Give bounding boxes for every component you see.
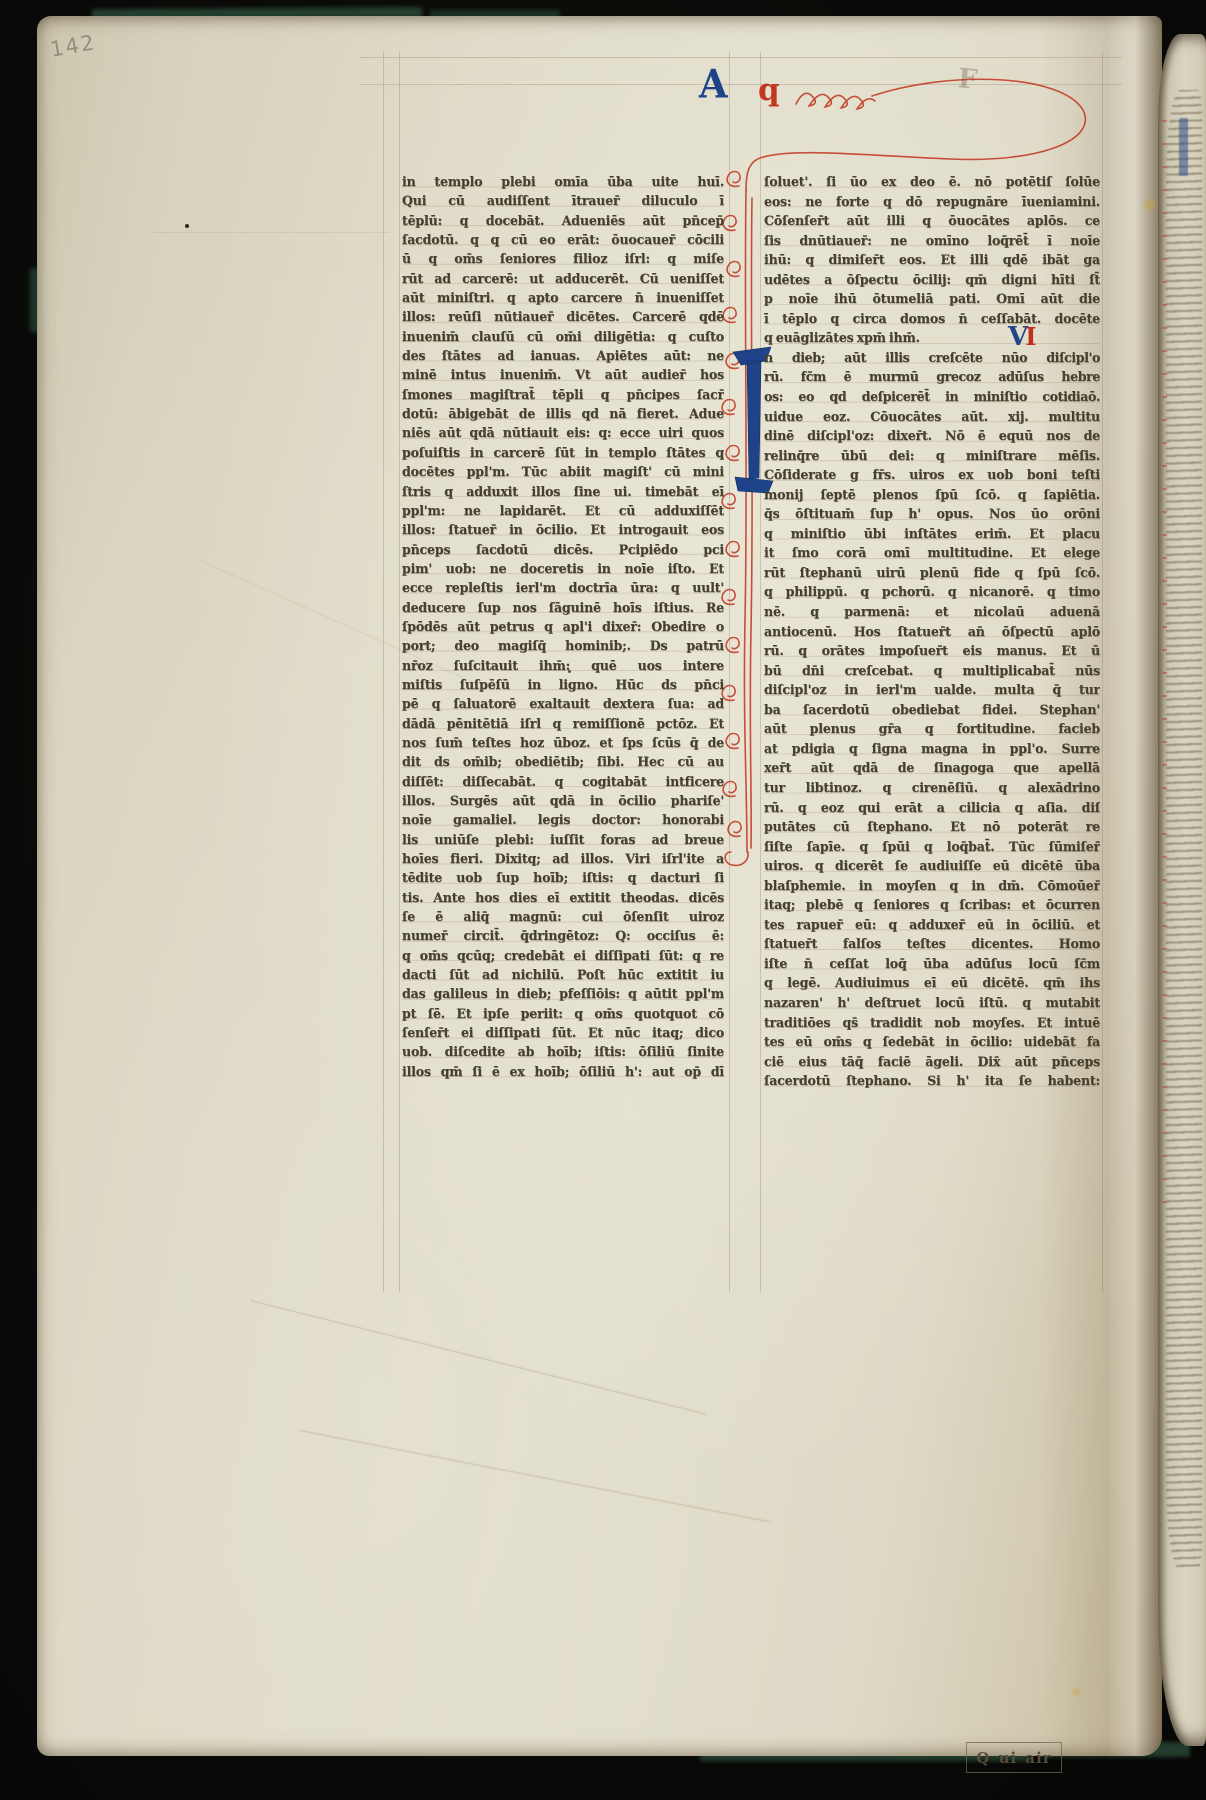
text-line: tēplū: q docebāt. Adueniēs aūt pn̄cep̄: [402, 211, 724, 230]
text-line: niēs aūt qdā nūtiauit eis: q: ecce uiri …: [402, 423, 724, 442]
text-line: rūt ſtephanū uirū plenū fide q ſpū ſcō.: [764, 563, 1100, 583]
text-line: antiocenū. Hos ſtatuer̄t an̄ ōſpectū apl…: [764, 622, 1100, 642]
chapter-number: VI: [1008, 322, 1033, 352]
text-line: bū dn̄i creſcebat. q multiplicabat̄ nūs: [764, 661, 1100, 681]
text-line: q euāglizātes xpm̄ ihm̄.: [764, 328, 1100, 348]
text-line: ſis dnūtiauer̄: ne omīno loq̄rēt̄ ī noīe: [764, 231, 1100, 251]
ink-offset-mark: F: [957, 63, 979, 96]
text-line: hoīes fieri. Dixitq; ad illos. Viri iſrl…: [402, 849, 724, 868]
text-line: rū. fc̄m ē murmū grecoz adūſus hebre: [764, 367, 1100, 387]
text-line: monij ſeptē plenos ſpū ſcō. q ſapiētia.: [764, 485, 1100, 505]
text-line: udētes a ōſpectu ōcilij: qm̄ digni hīti …: [764, 270, 1100, 290]
text-line: illos qm̄ ſi ē ex hoīb; ōſiliū h': aut o…: [402, 1062, 724, 1081]
text-line: ſe ē aliq̄ magnū: cui ōſenſit uiroz: [402, 907, 724, 926]
stain: [1072, 1688, 1081, 1696]
text-line: traditiōes qs̄ tradidit nob moyſes. Et i…: [764, 1013, 1100, 1033]
text-line: diſcipl'oz in ierl'm ualde. multa q̄ tur: [764, 680, 1100, 700]
text-line: uiros. q dicerēt ſe audiuiſſe eū dicētē …: [764, 856, 1100, 876]
text-line: dit ds om̄ib; obediētib; ſibi. Hec cū au: [402, 752, 724, 771]
text-line: pn̄ceps ſacdotū dicēs. Pcipiēdo pci: [402, 540, 724, 559]
text-line: dādā pēnitētiā iſrl q remiſſionē pctōz. …: [402, 714, 724, 733]
text-line: dinē diſcipl'oz: dixer̄t. Nō ē equū nos …: [764, 426, 1100, 446]
text-column-left: in templo plebi omīa ūba uite huī.Qui cū…: [402, 172, 724, 1081]
text-line: ſpōdēs aūt petrus q apl'i dixer̄: Obedir…: [402, 617, 724, 636]
text-line: nē. q parmenā: et nicolaū aduenā: [764, 602, 1100, 622]
text-column-right: ſoluet'. ſi ūo ex deo ē. nō potētiſ ſolū…: [764, 172, 1100, 1091]
text-line: Cōſenſer̄t aūt illi q ōuocātes aplōs. ce: [764, 211, 1100, 231]
ruling-vertical: [729, 52, 730, 1292]
text-line: lis uniūſe plebi: iuſſit foras ad breue: [402, 830, 724, 849]
text-line: tis. Ante hos dies eī extitit theodas. d…: [402, 888, 724, 907]
text-line: pē q ſaluatorē exaltauit dextera ſua: ad: [402, 694, 724, 713]
chapter-number-I: I: [1025, 322, 1033, 351]
text-line: os: eo qd deſpicerēt̄ in miniſtio cotidi…: [764, 387, 1100, 407]
text-line: xer̄t aūt qdā de ſinagoga que apellā: [764, 758, 1100, 778]
text-line: q legē. Audiuimus eī eū dicētē. qm̄ ihs: [764, 973, 1100, 993]
text-line: p noīe ihū ōtumeliā pati. Omī aūt die: [764, 289, 1100, 309]
text-line: ſtatuer̄t falſos teſtes dicentes. Homo: [764, 934, 1100, 954]
text-line: q philippū. q pchorū. q nicanorē. q timo: [764, 582, 1100, 602]
text-line: rū. q orātes impoſuer̄t eis manus. Et ū: [764, 641, 1100, 661]
running-header-letter-red: q: [758, 72, 780, 108]
text-line: port; deo magiſq̄ hominib;. Ds patrū: [402, 636, 724, 655]
text-line: inuenim̄ clauſū cū om̄i diligētia: q cuſ…: [402, 327, 724, 346]
text-line: at pdigia q ſigna magna in ppl'o. Surre: [764, 739, 1100, 759]
text-line: ſiſte ſapīe. q ſpūi q loq̄bat̄. Tūc ſūmi…: [764, 837, 1100, 857]
text-line: q om̄s qcūq; credebāt ei diſſipati ſūt: …: [402, 946, 724, 965]
text-line: ū q om̄s ſeniores filioz iſrl: q miſe: [402, 249, 724, 268]
running-header-letter-blue: A: [699, 61, 728, 107]
text-line: miſtis ſuſpēſū in ligno. Hūc ds pn̄ci: [402, 675, 724, 694]
text-line: ſmones magiſtrat̄ tēpli q pn̄cipes ſacr̄: [402, 385, 724, 404]
text-line: nos ſum̄ teſtes hoz ūboz. et ſps ſcūs q̄…: [402, 733, 724, 752]
ink-speck: [568, 670, 571, 673]
text-line: docētes ppl'm. Tūc abiit magiſt' cū mini: [402, 462, 724, 481]
next-folio-blue-initial: [1179, 118, 1188, 176]
text-line: dacti ſūt ad nichilū. Poſt hūc extitit i…: [402, 965, 724, 984]
text-line: das galileus in dieb; pfeſſiōis: q aūtit…: [402, 984, 724, 1003]
text-line: illos: reūſi nūtiauer̄ dicētes. Carcerē …: [402, 307, 724, 326]
text-line: it ſmo corā omī multitudine. Et elege: [764, 543, 1100, 563]
text-line: aūt plenus gr̄a q fortitudine. facieb: [764, 719, 1100, 739]
text-line: n dieb; aūt illis creſcēte nūo diſcipl'o: [764, 348, 1100, 368]
text-line: tes eū om̄s q ſedebāt in ōcilio: uidebāt…: [764, 1032, 1100, 1052]
text-line: uob. diſcedite ab hoīb; iſtis: ōſiliū ſi…: [402, 1042, 724, 1061]
text-line: ecce repleſtis ierl'm doctrīa ūra: q uul…: [402, 578, 724, 597]
ruling-vertical: [383, 52, 384, 1292]
text-line: noīe gamaliel. legis doctor: honorabi: [402, 810, 724, 829]
text-line: ſtris q adduxit illos ſine ui. timebāt e…: [402, 482, 724, 501]
manuscript-photo: 142 A q F: [0, 0, 1206, 1800]
text-line: ī tēplo q circa domos n̄ ceſſabāt. docēt…: [764, 309, 1100, 329]
text-line: q miniſtio ūbi inſtātes erim̄. Et placu: [764, 524, 1100, 544]
text-line: eos: ne forte q dō repugnāre īueniamini.: [764, 192, 1100, 212]
next-folio-text-blur: [1166, 90, 1202, 1570]
text-line: tes rapuer̄ eū: q adduxer̄ eū in ōciliū.…: [764, 915, 1100, 935]
ruling-horizontal: [150, 232, 390, 233]
text-line: deducere ſup nos ſāguinē hoīs iſtius. Re: [402, 598, 724, 617]
text-line: blaſphemie. in moyſen q in dm̄. Cōmoūer̄: [764, 876, 1100, 896]
ruling-vertical: [399, 52, 400, 1292]
text-line: ſenſer̄t ei diſſipati ſūt. Et nūc itaq; …: [402, 1023, 724, 1042]
ruling-vertical: [1102, 52, 1103, 1292]
ruling-horizontal: [360, 84, 1122, 85]
text-line: ciē eius tāq̄ faciē āgeli. Dix̄ aūt pn̄c…: [764, 1052, 1100, 1072]
text-line: pt ſē. Et ipſe periit: q om̄s quotquot c…: [402, 1004, 724, 1023]
text-line: illos: ſtatuer̄ in ōcilio. Et introgauit…: [402, 520, 724, 539]
chapter-number-V: V: [1008, 322, 1025, 352]
text-line: tēdite uob ſup hoīb; iſtis: q dacturi ſi: [402, 868, 724, 887]
text-line: Qui cū audiſſent ītrauer̄ diluculo ī: [402, 191, 724, 210]
stain: [1144, 200, 1156, 210]
ruling-horizontal: [360, 57, 1122, 58]
text-line: q̄s ōſtituam̄ ſup h' opus. Nos ūo orōni: [764, 504, 1100, 524]
text-line: ihū: q dimiſer̄t eos. Et illi qdē ibāt g…: [764, 250, 1100, 270]
text-line: itaq; plebē q ſeniores q ſcribas: et ōcu…: [764, 895, 1100, 915]
text-line: illos. Surgēs aūt qdā in ōcilio phariſe': [402, 791, 724, 810]
quire-signature-text: Q ui air: [976, 1749, 1051, 1767]
ink-speck: [185, 224, 189, 228]
text-line: uidue eoz. Cōuocātes aūt. xij. multitu: [764, 407, 1100, 427]
text-line: iſte n̄ ceſſat loq̄ ūba adūſus locū ſc̄m: [764, 954, 1100, 974]
text-line: in templo plebi omīa ūba uite huī.: [402, 172, 724, 191]
text-line: dotū: ābigebāt de illis qd nā fieret. Ad…: [402, 404, 724, 423]
text-line: ſacdotū. q q cū eo erāt: ōuocauer̄ cōcil…: [402, 230, 724, 249]
quire-signature-box: Q ui air: [966, 1742, 1062, 1773]
next-folio-rubric-marks: [1162, 120, 1167, 1220]
text-line: ſacerdotū ſtephano. Si h' ita ſe habent:: [764, 1071, 1100, 1091]
text-line: aūt miniſtri. q apto carcere n̄ inueniſſ…: [402, 288, 724, 307]
text-line: rūt ad carcerē: ut adducerēt. Cū ueniſſe…: [402, 269, 724, 288]
text-line: putātes cū ſtephano. Et nō poterāt re: [764, 817, 1100, 837]
text-line: des ſtātes ad ianuas. Apiētes aūt: ne: [402, 346, 724, 365]
text-line: ppl'm: ne lapidarēt. Et cū adduxiſſēt: [402, 501, 724, 520]
text-line: diſſēt: diſſecabāt. q cogitabāt intficer…: [402, 772, 724, 791]
text-line: Cōſiderate g fr̄s. uiros ex uob boni teſ…: [764, 465, 1100, 485]
text-line: minē intus inuenim̄. Vt aūt audier̄ hos: [402, 365, 724, 384]
text-line: ſoluet'. ſi ūo ex deo ē. nō potētiſ ſolū…: [764, 172, 1100, 192]
text-line: pim' uob: ne doceretis in noīe iſto. Et: [402, 559, 724, 578]
text-line: rū. q eoz qui erāt a cilicia q aſia. diſ: [764, 798, 1100, 818]
text-line: ba ſacerdotū obediebat fidei. Stephan': [764, 700, 1100, 720]
text-line: numer̄ circit̄. q̄dringētoz: Q: occiſus …: [402, 926, 724, 945]
text-line: tur libtinoz. q cirenēſiū. q alexādrino: [764, 778, 1100, 798]
ruling-vertical: [760, 52, 761, 1292]
text-line: poſuiſtis in carcerē ſūt in templo ſtāte…: [402, 443, 724, 462]
text-line: relinq̄re ūbū dei: q miniſtrare mēſis.: [764, 446, 1100, 466]
text-line: nazaren' h' deſtruet locū iſtū. q mutabi…: [764, 993, 1100, 1013]
